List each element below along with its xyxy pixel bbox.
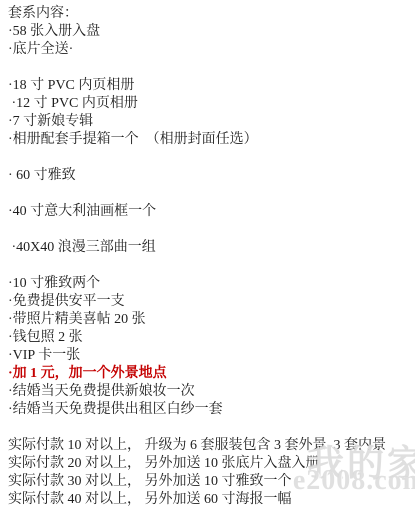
package-detail-page: 套系内容： ·58 张入册入盘 ·底片全送· ·18 寸 PVC 内页相册 ·1…	[0, 0, 415, 513]
package-line: ·VIP 卡一张	[8, 347, 415, 365]
package-line: ·结婚当天免费提供出租区白纱一套	[8, 401, 415, 419]
promo-highlight-line: ·加 1 元，加一个外景地点	[8, 365, 415, 383]
package-line: ·免费提供安平一支	[8, 293, 415, 311]
package-line: ·7 寸新娘专辑	[8, 113, 415, 131]
blank-line	[8, 185, 415, 203]
package-line: ·58 张入册入盘	[8, 23, 415, 41]
payment-tier-line: 实际付款 40 对以上， 另外加送 60 寸海报一幅	[8, 491, 415, 509]
blank-line	[8, 149, 415, 167]
payment-tier-line: 实际付款 10 对以上， 升级为 6 套服装包含 3 套外景 3 套内景	[8, 437, 415, 455]
package-line: ·带照片精美喜帖 20 张	[8, 311, 415, 329]
package-line: ·结婚当天免费提供新娘妆一次	[8, 383, 415, 401]
payment-tier-line: 实际付款 20 对以上， 另外加送 10 张底片入盘入册	[8, 455, 415, 473]
package-line: ·底片全送·	[8, 41, 415, 59]
blank-line	[8, 257, 415, 275]
payment-tier-line: 实际付款 30 对以上， 另外加送 10 寸雅致一个	[8, 473, 415, 491]
blank-line	[8, 419, 415, 437]
package-line: ·12 寸 PVC 内页相册	[8, 95, 415, 113]
section-title: 套系内容：	[8, 5, 415, 23]
package-line: ·18 寸 PVC 内页相册	[8, 77, 415, 95]
package-line: ·相册配套手提箱一个 （相册封面任选）	[8, 131, 415, 149]
blank-line	[8, 59, 415, 77]
package-line: ·钱包照 2 张	[8, 329, 415, 347]
package-content-list: 套系内容： ·58 张入册入盘 ·底片全送· ·18 寸 PVC 内页相册 ·1…	[8, 5, 415, 509]
package-line: ·40X40 浪漫三部曲一组	[8, 239, 415, 257]
package-line: ·40 寸意大利油画框一个	[8, 203, 415, 221]
blank-line	[8, 221, 415, 239]
package-line: ·10 寸雅致两个	[8, 275, 415, 293]
package-line: · 60 寸雅致	[8, 167, 415, 185]
